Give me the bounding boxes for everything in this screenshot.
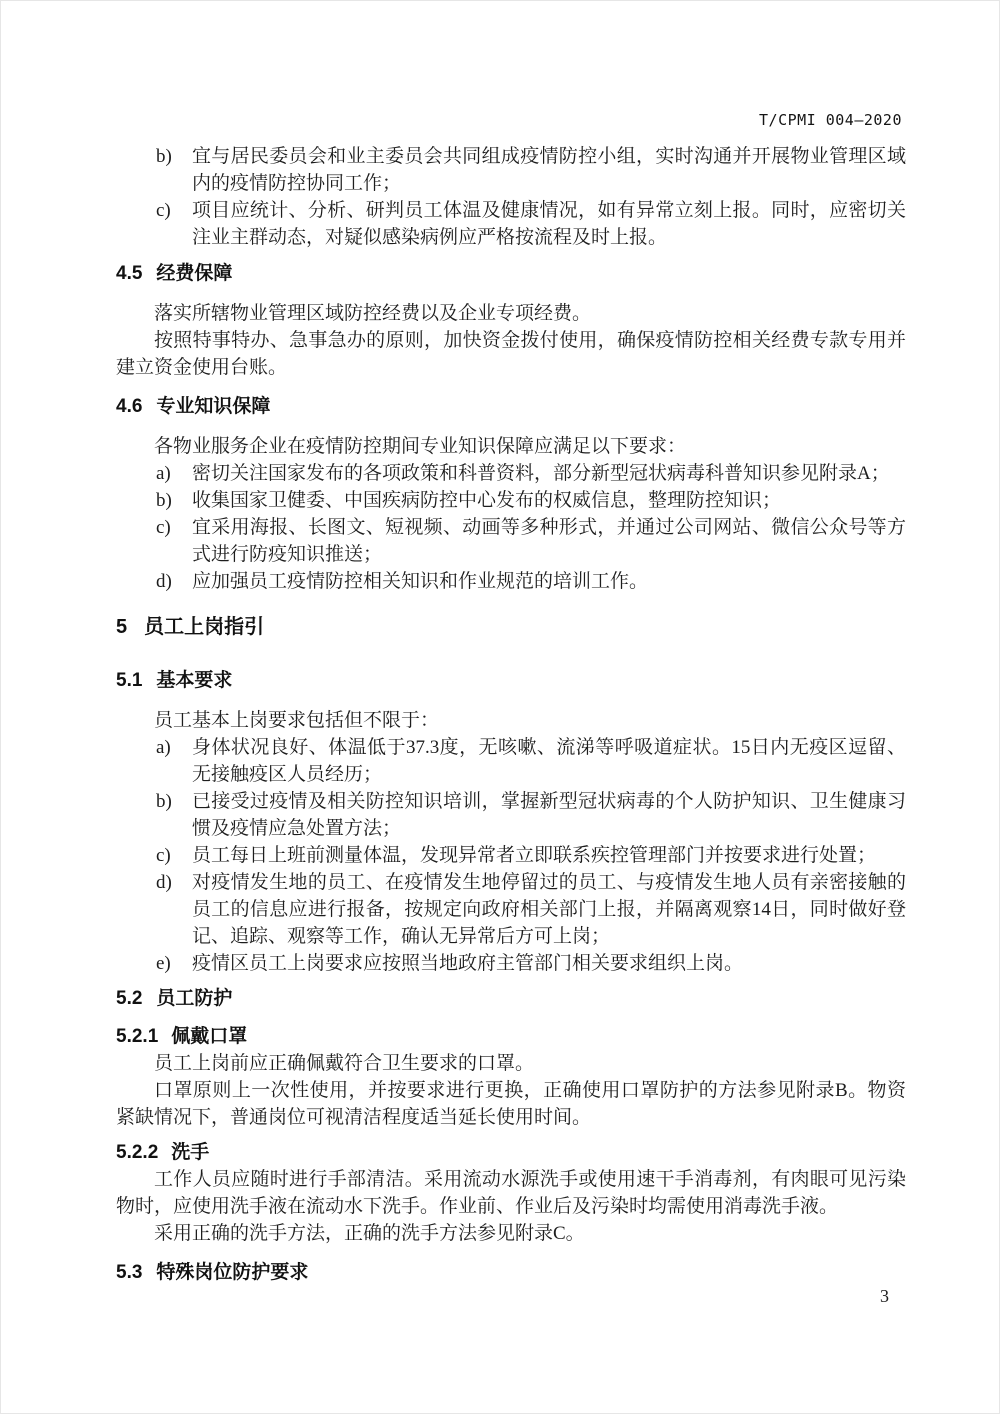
paragraph-intro: 各物业服务企业在疫情防控期间专业知识保障应满足以下要求： (116, 433, 906, 460)
subsection-title: 洗手 (171, 1142, 209, 1163)
paragraph: 按照特事特办、急事急办的原则，加快资金拨付使用，确保疫情防控相关经费专款专用并建… (116, 327, 906, 381)
section-title: 专业知识保障 (156, 396, 270, 417)
list-item: e) 疫情区员工上岗要求应按照当地政府主管部门相关要求组织上岗。 (156, 950, 906, 977)
list-item-text: 密切关注国家发布的各项政策和科普资料，部分新型冠状病毒科普知识参见附录A； (192, 460, 906, 487)
section-heading-5-3: 5.3特殊岗位防护要求 (116, 1259, 906, 1286)
list-item-text: 收集国家卫健委、中国疾病防控中心发布的权威信息，整理防控知识； (192, 487, 906, 514)
list-item: c) 项目应统计、分析、研判员工体温及健康情况，如有异常立刻上报。同时，应密切关… (156, 197, 906, 251)
list-item: a) 密切关注国家发布的各项政策和科普资料，部分新型冠状病毒科普知识参见附录A； (156, 460, 906, 487)
subsection-number: 5.2.1 (116, 1026, 158, 1047)
subsection-heading-5-2-2: 5.2.2洗手 (116, 1139, 906, 1166)
paragraph: 口罩原则上一次性使用，并按要求进行更换，正确使用口罩防护的方法参见附录B。物资紧… (116, 1077, 906, 1131)
list-item: c) 宜采用海报、长图文、短视频、动画等多种形式，并通过公司网站、微信公众号等方… (156, 514, 906, 568)
list-item-text: 宜采用海报、长图文、短视频、动画等多种形式，并通过公司网站、微信公众号等方式进行… (192, 514, 906, 568)
subsection-title: 佩戴口罩 (171, 1026, 247, 1047)
list-item: d) 对疫情发生地的员工、在疫情发生地停留过的员工、与疫情发生地人员有亲密接触的… (156, 869, 906, 950)
list-continued-from-previous-page: b) 宜与居民委员会和业主委员会共同组成疫情防控小组，实时沟通并开展物业管理区域… (116, 143, 906, 251)
list-item-marker: d) (156, 568, 192, 595)
section-title: 特殊岗位防护要求 (156, 1262, 308, 1283)
list-item-text: 身体状况良好、体温低于37.3度，无咳嗽、流涕等呼吸道症状。15日内无疫区逗留、… (192, 734, 906, 788)
list-item-marker: b) (156, 143, 192, 197)
list-item-marker: b) (156, 487, 192, 514)
list-item-text: 已接受过疫情及相关防控知识培训，掌握新型冠状病毒的个人防护知识、卫生健康习惯及疫… (192, 788, 906, 842)
list-item-marker: e) (156, 950, 192, 977)
subsection-heading-5-2-1: 5.2.1佩戴口罩 (116, 1023, 906, 1050)
list-item: c) 员工每日上班前测量体温，发现异常者立即联系疾控管理部门并按要求进行处置； (156, 842, 906, 869)
list-item-marker: a) (156, 460, 192, 487)
list-item-text: 对疫情发生地的员工、在疫情发生地停留过的员工、与疫情发生地人员有亲密接触的员工的… (192, 869, 906, 950)
page-content: b) 宜与居民委员会和业主委员会共同组成疫情防控小组，实时沟通并开展物业管理区域… (116, 1, 906, 1286)
section-heading-5-2: 5.2员工防护 (116, 985, 906, 1012)
page-number: 3 (880, 1286, 889, 1307)
paragraph: 工作人员应随时进行手部清洁。采用流动水源洗手或使用速干手消毒剂，有肉眼可见污染物… (116, 1166, 906, 1220)
list-item-marker: a) (156, 734, 192, 788)
list-item-text: 宜与居民委员会和业主委员会共同组成疫情防控小组，实时沟通并开展物业管理区域内的疫… (192, 143, 906, 197)
list-item-text: 项目应统计、分析、研判员工体温及健康情况，如有异常立刻上报。同时，应密切关注业主… (192, 197, 906, 251)
list-item-text: 员工每日上班前测量体温，发现异常者立即联系疾控管理部门并按要求进行处置； (192, 842, 906, 869)
list-item-marker: b) (156, 788, 192, 842)
list-item: d) 应加强员工疫情防控相关知识和作业规范的培训工作。 (156, 568, 906, 595)
section-heading-4-5: 4.5经费保障 (116, 260, 906, 287)
section-heading-4-6: 4.6专业知识保障 (116, 393, 906, 420)
paragraph: 落实所辖物业管理区域防控经费以及企业专项经费。 (116, 300, 906, 327)
section-heading-5-1: 5.1基本要求 (116, 667, 906, 694)
list-item: b) 宜与居民委员会和业主委员会共同组成疫情防控小组，实时沟通并开展物业管理区域… (156, 143, 906, 197)
chapter-heading-5: 5员工上岗指引 (116, 613, 906, 641)
chapter-title: 员工上岗指引 (144, 616, 264, 638)
section-number: 4.5 (116, 263, 142, 284)
section-number: 5.3 (116, 1262, 142, 1283)
list-item-marker: c) (156, 842, 192, 869)
document-page: T/CPMI 004—2020 b) 宜与居民委员会和业主委员会共同组成疫情防控… (0, 0, 1000, 1414)
list-5-1: a) 身体状况良好、体温低于37.3度，无咳嗽、流涕等呼吸道症状。15日内无疫区… (116, 734, 906, 977)
list-item-text: 疫情区员工上岗要求应按照当地政府主管部门相关要求组织上岗。 (192, 950, 906, 977)
list-item: a) 身体状况良好、体温低于37.3度，无咳嗽、流涕等呼吸道症状。15日内无疫区… (156, 734, 906, 788)
list-item-marker: d) (156, 869, 192, 950)
list-item: b) 收集国家卫健委、中国疾病防控中心发布的权威信息，整理防控知识； (156, 487, 906, 514)
section-number: 4.6 (116, 396, 142, 417)
section-number: 5.2 (116, 988, 142, 1009)
paragraph-intro: 员工基本上岗要求包括但不限于： (116, 707, 906, 734)
section-title: 员工防护 (156, 988, 232, 1009)
paragraph: 采用正确的洗手方法，正确的洗手方法参见附录C。 (116, 1220, 906, 1247)
subsection-number: 5.2.2 (116, 1142, 158, 1163)
list-item-marker: c) (156, 514, 192, 568)
list-item: b) 已接受过疫情及相关防控知识培训，掌握新型冠状病毒的个人防护知识、卫生健康习… (156, 788, 906, 842)
list-item-text: 应加强员工疫情防控相关知识和作业规范的培训工作。 (192, 568, 906, 595)
paragraph: 员工上岗前应正确佩戴符合卫生要求的口罩。 (116, 1050, 906, 1077)
list-4-6: a) 密切关注国家发布的各项政策和科普资料，部分新型冠状病毒科普知识参见附录A；… (116, 460, 906, 595)
section-number: 5.1 (116, 670, 142, 691)
section-title: 经费保障 (156, 263, 232, 284)
chapter-number: 5 (116, 616, 127, 638)
list-item-marker: c) (156, 197, 192, 251)
section-title: 基本要求 (156, 670, 232, 691)
